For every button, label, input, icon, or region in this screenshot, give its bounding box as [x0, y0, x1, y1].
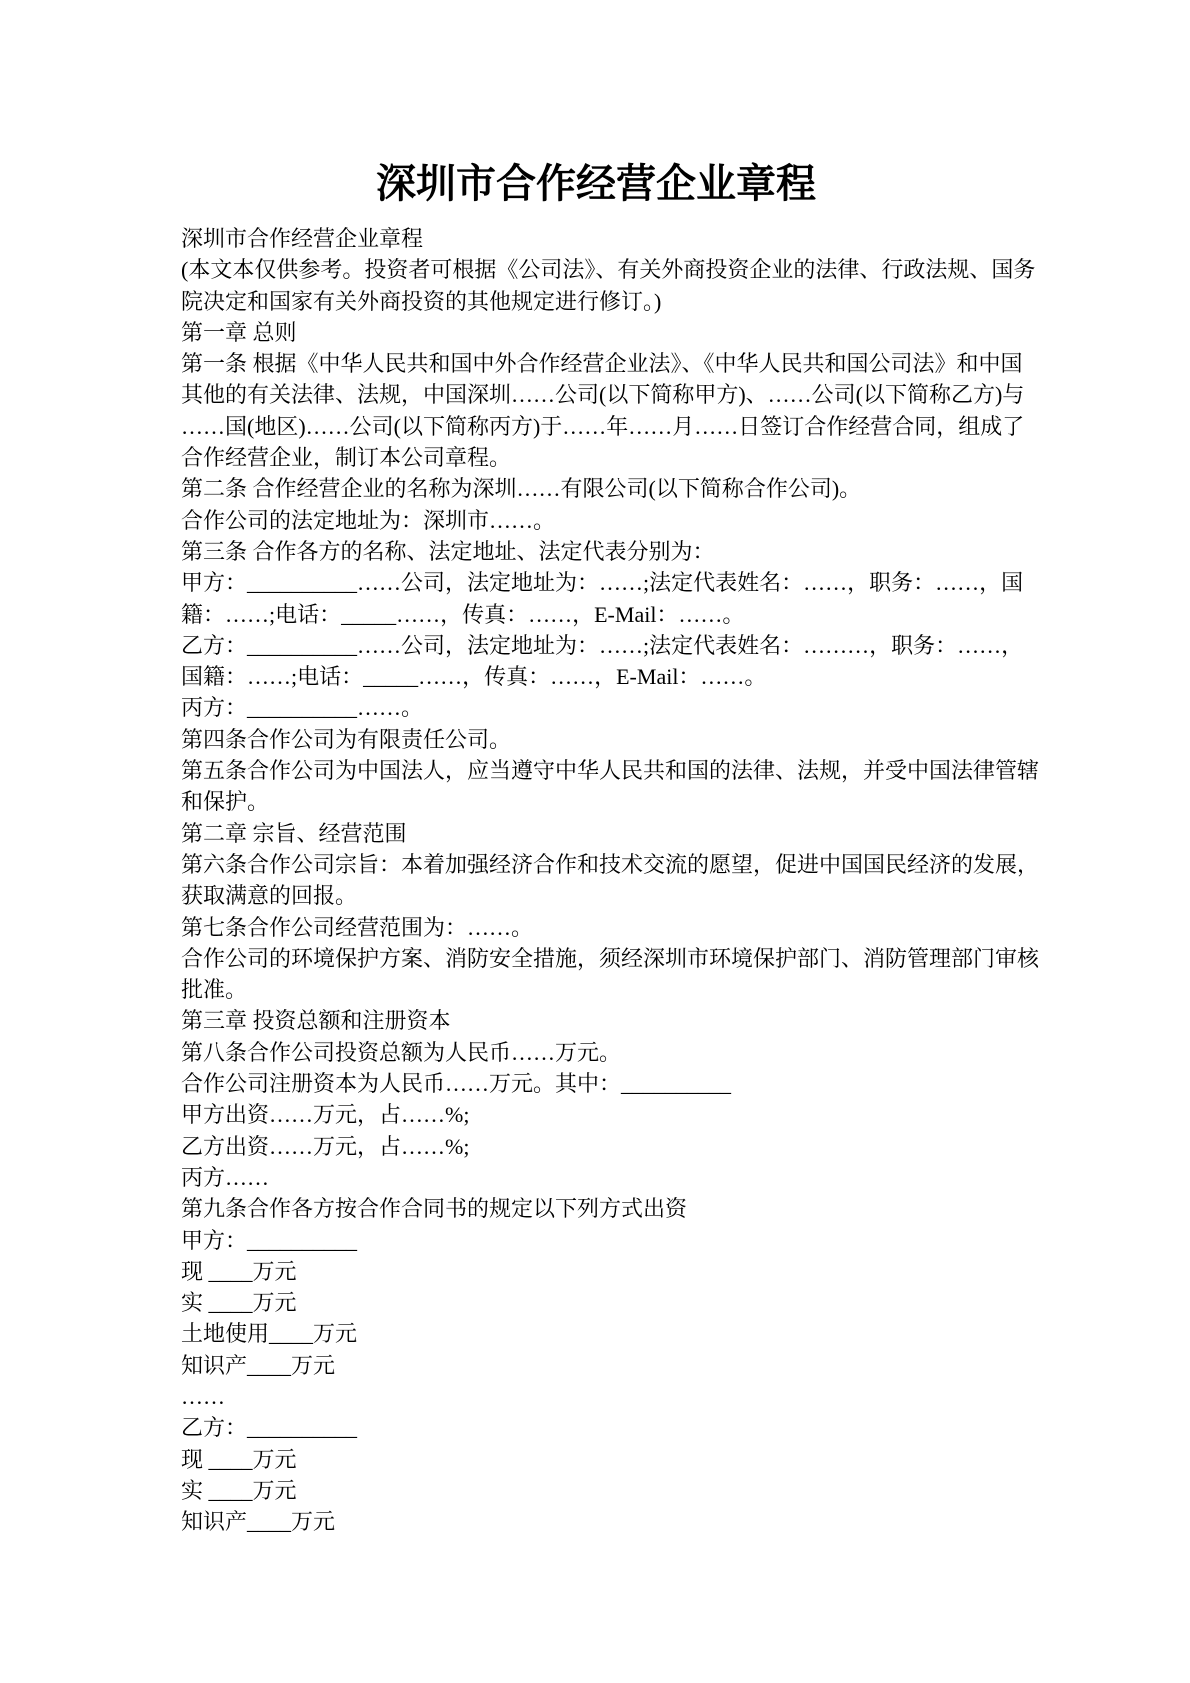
document-line: 第七条合作公司经营范围为：……。	[181, 912, 1061, 943]
document-line: 第二条 合作经营企业的名称为深圳……有限公司(以下简称合作公司)。	[181, 473, 1061, 504]
document-line: 现 ____万元	[181, 1256, 1061, 1287]
document-line: 国籍：……;电话：_____……，传真：……，E-Mail：……。	[181, 661, 1061, 692]
document-line: 甲方：__________……公司，法定地址为：……;法定代表姓名：……，职务：…	[181, 567, 1061, 598]
document-line: 乙方：__________……公司，法定地址为：……;法定代表姓名：………，职务…	[181, 630, 1061, 661]
document-line: 乙方：__________	[181, 1412, 1061, 1443]
document-line: 批准。	[181, 974, 1061, 1005]
document-line: 丙方：__________……。	[181, 692, 1061, 723]
document-line: 第八条合作公司投资总额为人民币……万元。	[181, 1037, 1061, 1068]
document-line: 第三章 投资总额和注册资本	[181, 1005, 1061, 1036]
document-line: 第六条合作公司宗旨：本着加强经济合作和技术交流的愿望，促进中国国民经济的发展，	[181, 849, 1061, 880]
document-line: 第九条合作各方按合作合同书的规定以下列方式出资	[181, 1193, 1061, 1224]
document-line: 现 ____万元	[181, 1444, 1061, 1475]
document-line: 合作公司的法定地址为：深圳市……。	[181, 505, 1061, 536]
document-line: (本文本仅供参考。投资者可根据《公司法》、有关外商投资企业的法律、行政法规、国务	[181, 254, 1061, 285]
document-line: 第二章 宗旨、经营范围	[181, 818, 1061, 849]
document-line: 籍：……;电话：_____……，传真：……，E-Mail：……。	[181, 599, 1061, 630]
document-line: ……	[181, 1381, 1061, 1412]
document-line: 实 ____万元	[181, 1475, 1061, 1506]
document-line: ……国(地区)……公司(以下简称丙方)于……年……月……日签订合作经营合同，组成…	[181, 411, 1061, 442]
document-line: 知识产____万元	[181, 1350, 1061, 1381]
document-line: 知识产____万元	[181, 1506, 1061, 1537]
document-title: 深圳市合作经营企业章程	[180, 158, 1012, 210]
document-line: 实 ____万元	[181, 1287, 1061, 1318]
document-line: 第一章 总则	[181, 317, 1061, 348]
document-line: 第一条 根据《中华人民共和国中外合作经营企业法》、《中华人民共和国公司法》和中国	[181, 348, 1061, 379]
document-line: 获取满意的回报。	[181, 880, 1061, 911]
document-line: 院决定和国家有关外商投资的其他规定进行修订。)	[181, 286, 1061, 317]
document-page: 深圳市合作经营企业章程 深圳市合作经营企业章程(本文本仅供参考。投资者可根据《公…	[0, 0, 1190, 1683]
document-line: 合作经营企业，制订本公司章程。	[181, 442, 1061, 473]
document-line: 第四条合作公司为有限责任公司。	[181, 724, 1061, 755]
document-line: 甲方：__________	[181, 1225, 1061, 1256]
document-line: 合作公司的环境保护方案、消防安全措施，须经深圳市环境保护部门、消防管理部门审核	[181, 943, 1061, 974]
document-body: 深圳市合作经营企业章程(本文本仅供参考。投资者可根据《公司法》、有关外商投资企业…	[181, 223, 1061, 1537]
document-line: 丙方……	[181, 1162, 1061, 1193]
document-line: 第三条 合作各方的名称、法定地址、法定代表分别为：	[181, 536, 1061, 567]
document-line: 乙方出资……万元，占……%;	[181, 1131, 1061, 1162]
document-line: 深圳市合作经营企业章程	[181, 223, 1061, 254]
document-line: 合作公司注册资本为人民币……万元。其中：__________	[181, 1068, 1061, 1099]
document-line: 第五条合作公司为中国法人，应当遵守中华人民共和国的法律、法规，并受中国法律管辖	[181, 755, 1061, 786]
document-line: 甲方出资……万元，占……%;	[181, 1099, 1061, 1130]
document-line: 土地使用____万元	[181, 1318, 1061, 1349]
document-line: 和保护。	[181, 786, 1061, 817]
document-line: 其他的有关法律、法规，中国深圳……公司(以下简称甲方)、……公司(以下简称乙方)…	[181, 379, 1061, 410]
